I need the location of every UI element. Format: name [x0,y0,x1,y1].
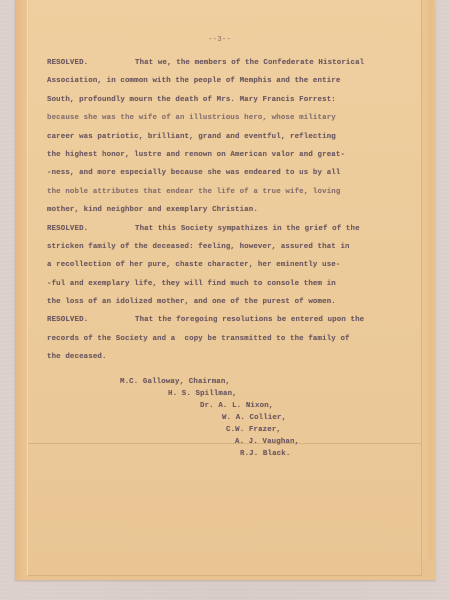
text-line: That this Society sympathizes in the gri… [135,225,360,233]
signature-1: M.C. Galloway, Chairman, [120,376,230,388]
paragraph-2-line-3: a recollection of her pure, chaste chara… [47,256,392,274]
signature-6: A. J. Vaughan, [235,436,299,448]
paragraph-1-line-1: RESOLVED.That we, the members of the Con… [47,54,392,72]
backing-sheet-left-edge [15,0,27,580]
text-line: That we, the members of the Confederate … [135,59,364,67]
paragraph-2-line-4: -ful and exemplary life, they will find … [47,275,392,293]
paragraph-3-line-1: RESOLVED.That the foregoing resolutions … [47,311,392,329]
paragraph-2-line-2: stricken family of the deceased: feeling… [47,238,392,256]
paragraph-1-line-9: mother, kind neighbor and exemplary Chri… [47,201,392,219]
paragraph-1-line-2: Association, in common with the people o… [47,72,392,90]
resolved-label: RESOLVED. [47,311,135,329]
paragraph-1-line-4: because she was the wife of an illustrio… [47,109,392,127]
resolved-label: RESOLVED. [47,54,135,72]
signature-2: H. S. Spillman, [168,388,237,400]
resolved-label: RESOLVED. [47,220,135,238]
signature-5: C.W. Frazer, [226,424,281,436]
signature-7: R.J. Black. [240,448,290,460]
text-line: That the foregoing resolutions be entere… [135,316,364,324]
paragraph-1-line-8: the noble attributes that endear the lif… [47,183,392,201]
paragraph-3-line-2: records of the Society and a copy be tra… [47,330,392,348]
signature-3: Dr. A. L. Nixon, [200,400,273,412]
paper-fold-line [28,443,421,444]
paragraph-1-line-3: South, profoundly mourn the death of Mrs… [47,91,392,109]
paragraph-2-line-5: the loss of an idolized mother, and one … [47,293,392,311]
paragraph-2-line-1: RESOLVED.That this Society sympathizes i… [47,220,392,238]
page-number: --3-- [47,34,392,46]
paragraph-1-line-5: career was patriotic, brilliant, grand a… [47,128,392,146]
signature-4: W. A. Collier, [222,412,286,424]
paragraph-3-line-3: the deceased. [47,348,392,366]
paragraph-1-line-7: -ness, and more especially because she w… [47,164,392,182]
paragraph-1-line-6: the highest honor, lustre and renown on … [47,146,392,164]
typewritten-text: --3-- RESOLVED.That we, the members of t… [47,34,392,367]
